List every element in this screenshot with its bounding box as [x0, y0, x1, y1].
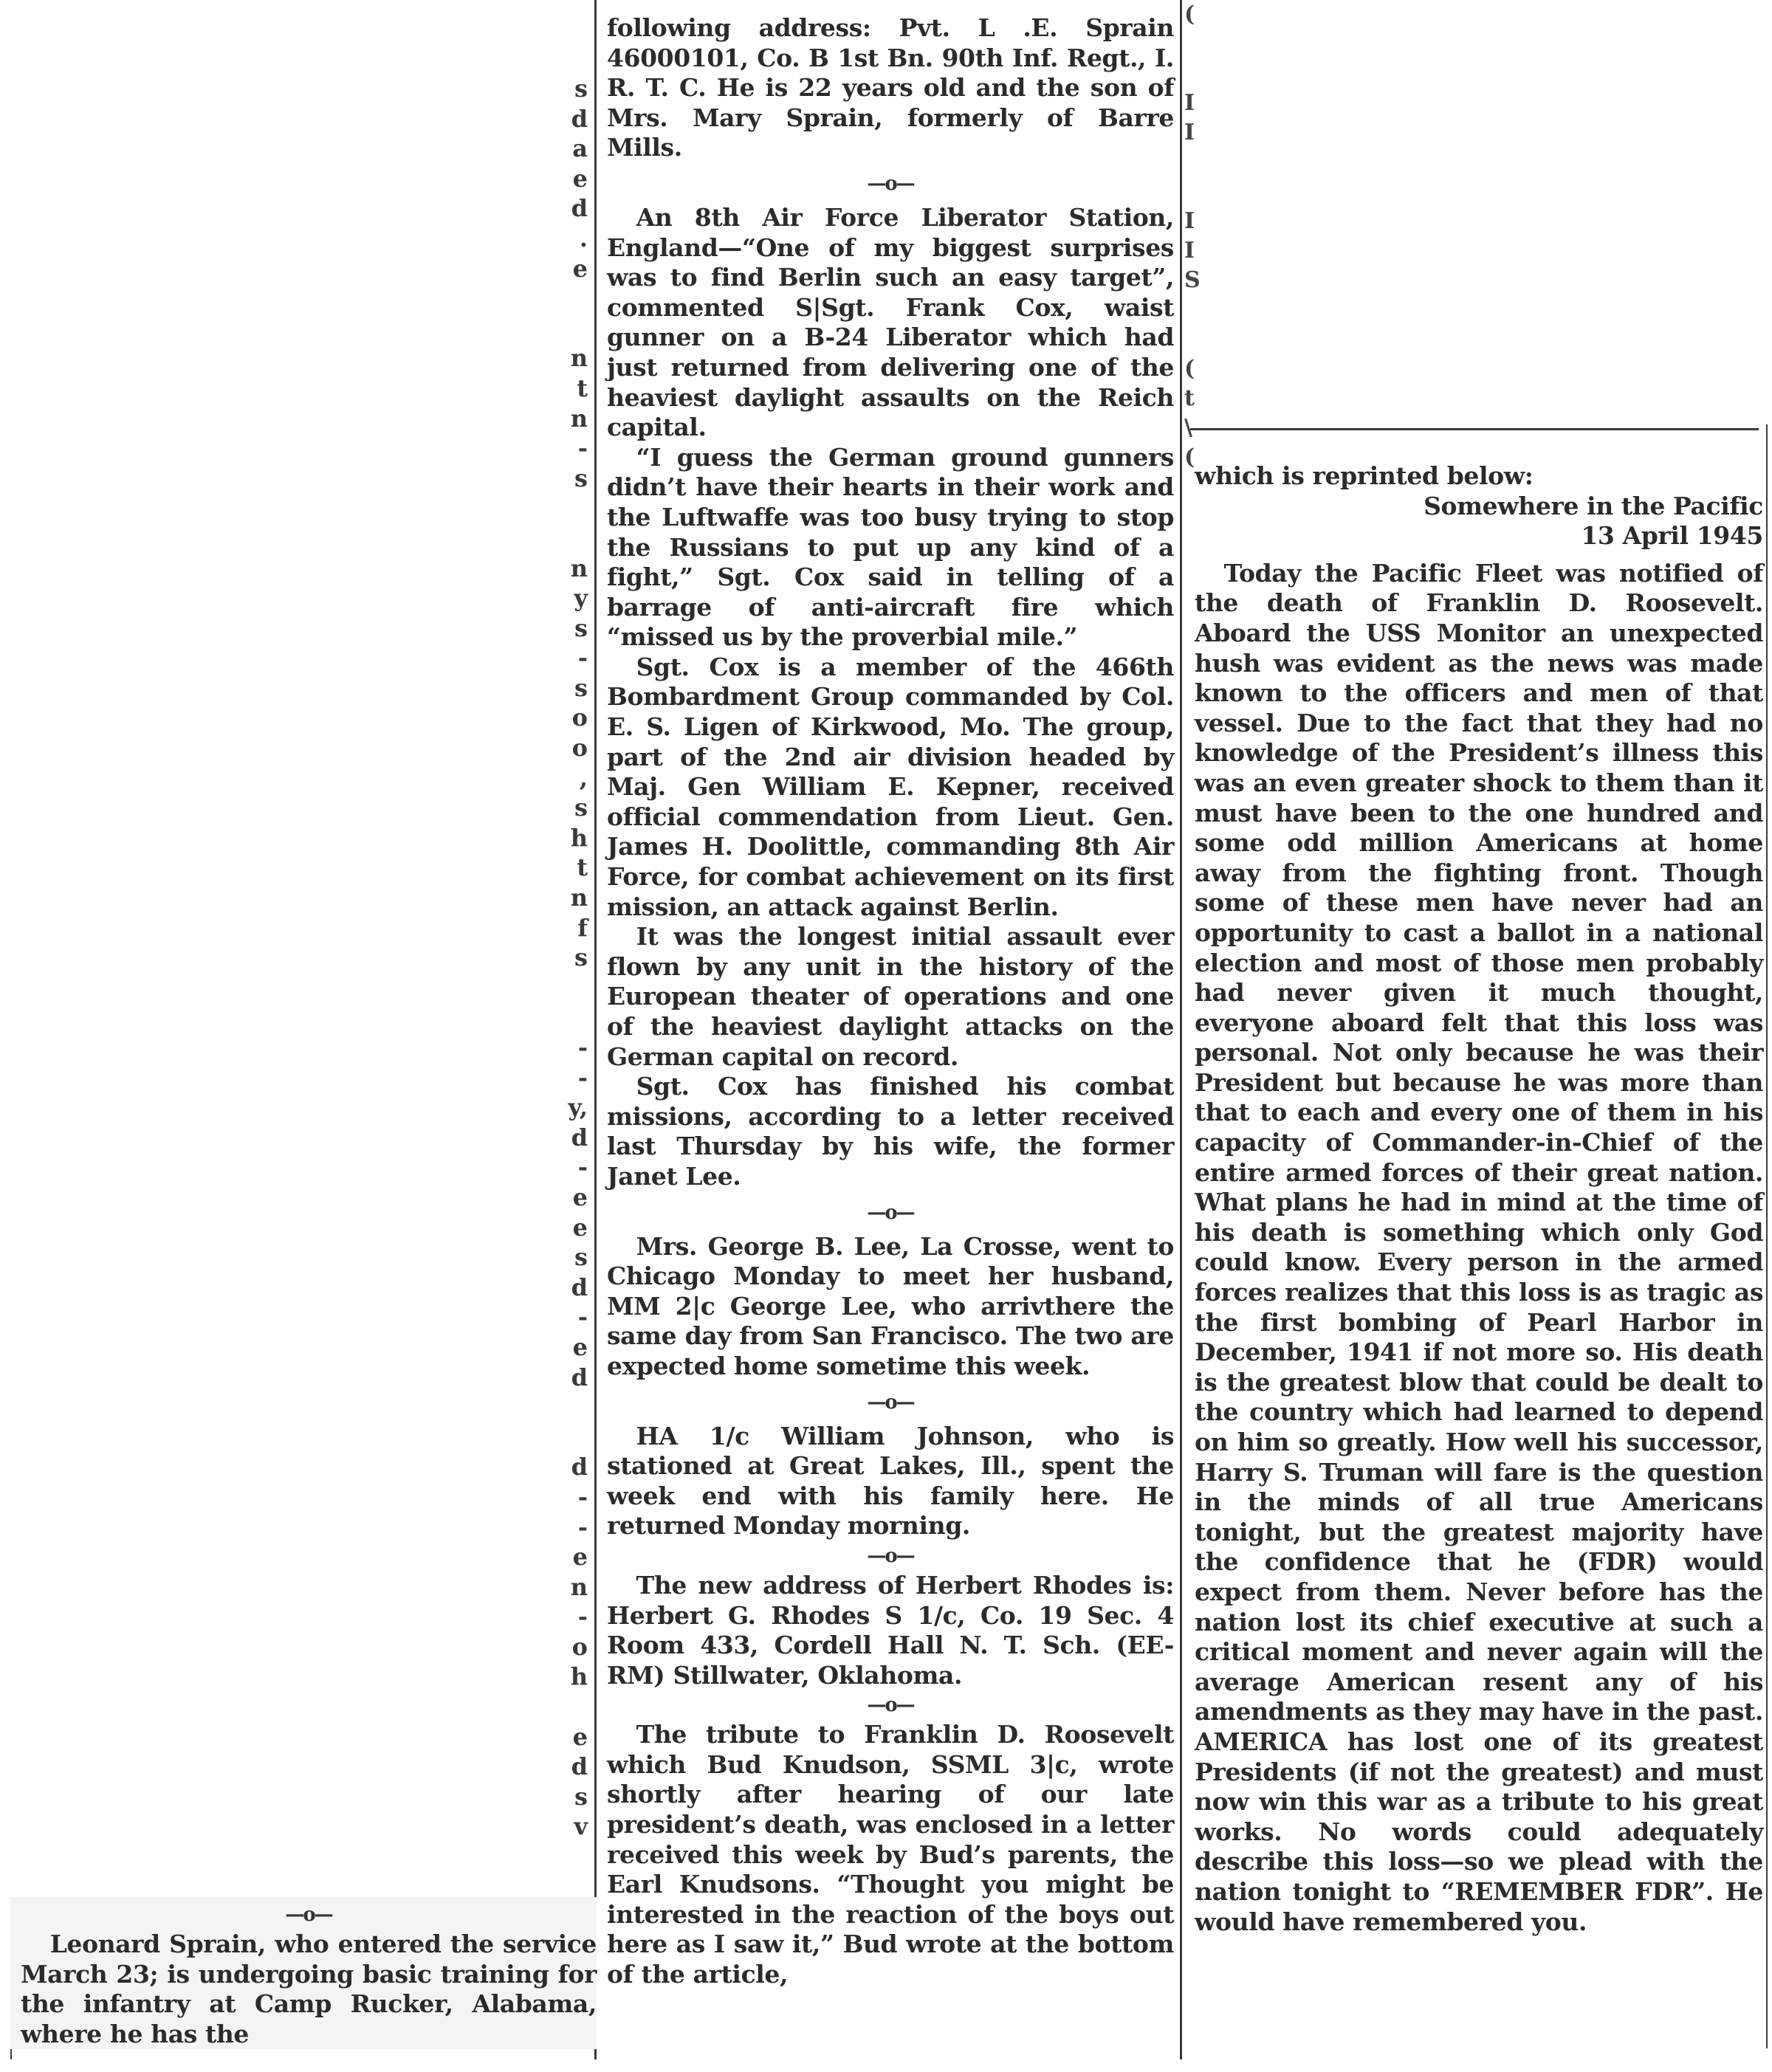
dateline-date: 13 April 1945	[1195, 521, 1763, 551]
article-paragraph: It was the longest initial assault ever …	[607, 922, 1174, 1072]
fragment-glyph	[1184, 59, 1206, 89]
fragment-glyph: n	[561, 404, 588, 434]
fragment-glyph: a	[561, 134, 588, 164]
tribute-intro: which is reprinted below:	[1195, 461, 1763, 492]
fragment-glyph: v	[561, 1811, 588, 1842]
article-paragraph: following address: Pvt. L .E. Sprain 460…	[607, 13, 1174, 163]
fragment-glyph	[1184, 177, 1206, 207]
fragment-glyph	[561, 493, 588, 523]
fragment-glyph: s	[561, 673, 588, 703]
fragment-glyph: n	[561, 343, 588, 374]
fragment-glyph: n	[561, 1572, 588, 1603]
article-paragraph: Leonard Sprain, who entered the service …	[21, 1930, 597, 2049]
fragment-glyph: s	[561, 74, 588, 104]
separator: —o—	[607, 1690, 1174, 1720]
fragment-glyph: \	[1184, 413, 1206, 443]
fragment-glyph: d	[561, 1363, 588, 1393]
middle-column: following address: Pvt. L .E. Sprain 460…	[607, 13, 1174, 1990]
fragment-glyph: S	[1184, 266, 1206, 295]
article-paragraph: “I guess the German ground gunners didn’…	[607, 443, 1174, 653]
right-column-fragments: (IIIIS(t\(	[1184, 0, 1206, 472]
fragment-glyph: h	[561, 823, 588, 853]
fragment-glyph: t	[561, 853, 588, 883]
fragment-glyph	[1184, 295, 1206, 325]
section-rule-top-right	[1190, 428, 1759, 430]
fragment-glyph: d	[561, 1752, 588, 1782]
separator: —o—	[607, 1388, 1174, 1417]
fragment-glyph: e	[561, 164, 588, 194]
fragment-glyph: y,	[561, 1092, 588, 1123]
fragment-glyph	[561, 1422, 588, 1453]
fragment-glyph: -	[561, 643, 588, 673]
fragment-glyph: I	[1184, 118, 1206, 148]
fragment-glyph: -	[561, 1152, 588, 1183]
fragment-glyph: f	[561, 913, 588, 943]
separator: —o—	[607, 1541, 1174, 1571]
fragment-glyph: -	[561, 433, 588, 464]
column-rule-left	[594, 0, 597, 2059]
fragment-glyph	[561, 1002, 588, 1033]
fragment-glyph: y	[561, 583, 588, 613]
fragment-glyph: e	[561, 254, 588, 284]
fragment-glyph: -	[561, 1482, 588, 1512]
fragment-glyph: s	[561, 613, 588, 644]
fragment-glyph: (	[1184, 0, 1206, 30]
fragment-glyph: .	[561, 224, 588, 254]
fragment-glyph: s	[561, 943, 588, 973]
separator: —o—	[607, 169, 1174, 199]
article-paragraph: Sgt. Cox has finished his combat mission…	[607, 1072, 1174, 1191]
article-paragraph: An 8th Air Force Liberator Station, Engl…	[607, 203, 1174, 443]
fragment-glyph: t	[561, 374, 588, 404]
fragment-glyph	[561, 283, 588, 314]
fragment-glyph: n	[561, 883, 588, 913]
fragment-glyph: I	[1184, 89, 1206, 118]
fragment-glyph: d	[561, 1273, 588, 1303]
article-paragraph: HA 1/c William Johnson, who is stationed…	[607, 1422, 1174, 1541]
article-paragraph: Mrs. George B. Lee, La Crosse, went to C…	[607, 1232, 1174, 1382]
fragment-glyph: s	[561, 464, 588, 494]
fragment-glyph: s	[561, 1782, 588, 1812]
fragment-glyph: e	[561, 1332, 588, 1363]
fragment-glyph: d	[561, 1452, 588, 1482]
right-column: which is reprinted below: Somewhere in t…	[1195, 461, 1763, 1937]
left-column-fragments: sdaed.entn-snys-soo,shtnfs--y,d-eesd-edd…	[561, 74, 588, 1842]
fragment-glyph: s	[561, 793, 588, 823]
fragment-glyph: s	[561, 1242, 588, 1273]
fragment-glyph: o	[561, 1632, 588, 1662]
fragment-glyph	[1184, 148, 1206, 177]
tribute-body: Today the Pacific Fleet was notified of …	[1195, 559, 1763, 1937]
fragment-glyph	[561, 973, 588, 1003]
fragment-glyph: o	[561, 733, 588, 763]
fragment-glyph: n	[561, 554, 588, 584]
fragment-glyph: -	[561, 1302, 588, 1332]
fragment-glyph: e	[561, 1213, 588, 1243]
dateline-place: Somewhere in the Pacific	[1195, 492, 1763, 522]
fragment-glyph: h	[561, 1662, 588, 1692]
fragment-glyph: I	[1184, 236, 1206, 266]
article-paragraph: The new address of Herbert Rhodes is: He…	[607, 1571, 1174, 1690]
left-bottom-article: —o— Leonard Sprain, who entered the serv…	[10, 1897, 597, 2049]
fragment-glyph: d	[561, 104, 588, 134]
fragment-glyph: (	[1184, 354, 1206, 384]
fragment-glyph: d	[561, 1123, 588, 1153]
fragment-glyph: -	[561, 1033, 588, 1063]
article-paragraph: Sgt. Cox is a member of the 466th Bombar…	[607, 653, 1174, 922]
fragment-glyph: I	[1184, 207, 1206, 236]
fragment-glyph	[1184, 325, 1206, 354]
separator: —o—	[607, 1198, 1174, 1228]
fragment-glyph: e	[561, 1183, 588, 1213]
fragment-glyph: o	[561, 703, 588, 733]
fragment-glyph	[561, 523, 588, 554]
article-paragraph: The tribute to Franklin D. Roosevelt whi…	[607, 1720, 1174, 1989]
fragment-glyph	[561, 1392, 588, 1422]
column-rule-right	[1180, 0, 1182, 2059]
fragment-glyph: d	[561, 193, 588, 224]
fragment-glyph: -	[561, 1512, 588, 1543]
column-rule-far-right	[1766, 424, 1768, 2048]
fragment-glyph	[561, 1692, 588, 1722]
fragment-glyph: t	[1184, 384, 1206, 413]
fragment-glyph: e	[561, 1722, 588, 1752]
fragment-glyph: -	[561, 1063, 588, 1093]
fragment-glyph: e	[561, 1542, 588, 1572]
fragment-glyph	[1184, 30, 1206, 59]
separator: —o—	[21, 1900, 597, 1930]
fragment-glyph: ,	[561, 763, 588, 794]
fragment-glyph: -	[561, 1602, 588, 1632]
fragment-glyph	[561, 314, 588, 344]
